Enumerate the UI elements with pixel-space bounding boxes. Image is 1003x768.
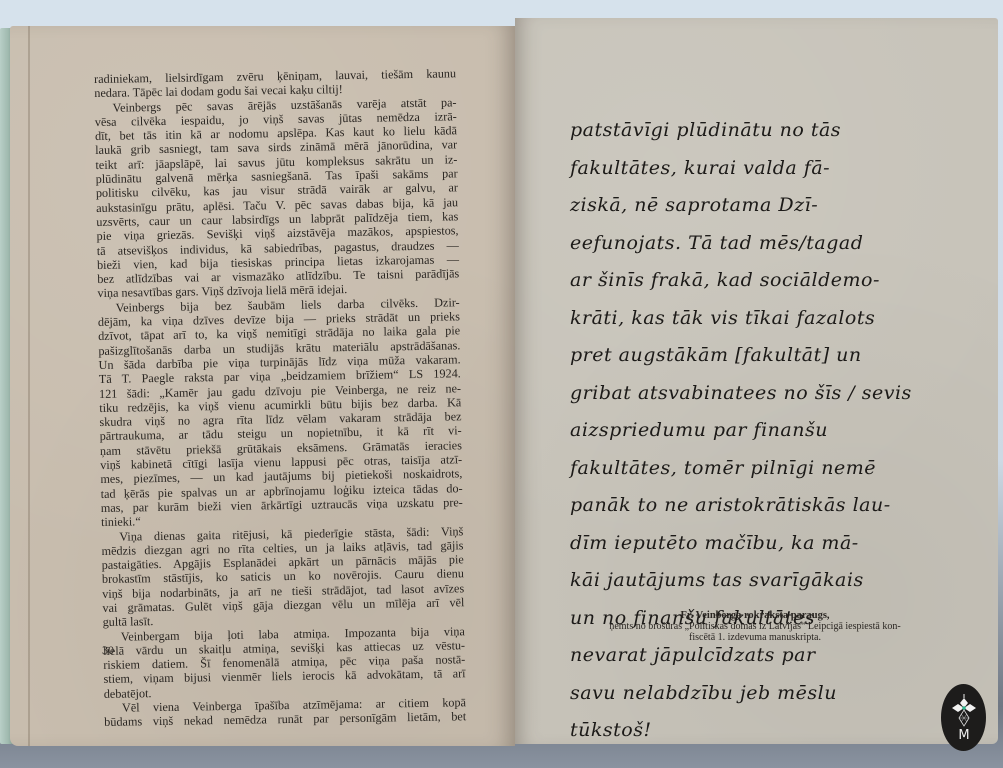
manuscript-line: aizspriedumu par finanšu — [570, 412, 960, 450]
manuscript-line: kāi jautājums tas svarīgākais — [570, 562, 960, 600]
watermark-logo: M — [941, 684, 986, 751]
svg-text:M: M — [958, 728, 969, 743]
left-page-text: radiniekam, lielsirdīgam zvēru ķēniņam, … — [94, 66, 466, 729]
figure-caption: Fr. Veinberga rokraksta paraugs, ņemts n… — [520, 610, 990, 643]
manuscript-line: fakultātes, tomēr pilnīgi nemē — [570, 450, 960, 488]
caption-prefix: ņemts no brošūras — [609, 621, 682, 632]
manuscript-line: patstāvīgi plūdinātu no tās — [570, 112, 960, 150]
caption-text-1: „Politiskas domas iz Latvijas“ Leipcigā … — [685, 621, 901, 632]
manuscript-line: fakultātes, kurai valda fā- — [570, 150, 960, 188]
caption-title: Fr. Veinberga rokraksta paraugs, — [520, 610, 990, 621]
caption-line-1: ņemts no brošūras „Politiskas domas iz L… — [520, 621, 990, 632]
manuscript-line: dīm ieputēto mačību, ka mā- — [570, 525, 960, 563]
floral-monogram-icon: M — [949, 692, 979, 744]
manuscript-line: panāk to ne aristokrātiskās lau- — [570, 487, 960, 525]
caption-line-2: fiscētā 1. izdevuma manuskripta. — [520, 632, 990, 643]
manuscript-line: eefunojats. Tā tad mēs/tagad — [570, 225, 960, 263]
manuscript-line: ziskā, nē saprotama Dzī- — [570, 187, 960, 225]
manuscript-line: pret augstākām [fakultāt] un — [570, 337, 960, 375]
manuscript-line: savu nelabdzību jeb mēslu — [570, 675, 960, 713]
handwritten-manuscript: patstāvīgi plūdinātu no tāsfakultātes, k… — [570, 112, 960, 750]
page-number: 30 — [102, 643, 114, 658]
manuscript-line: gribat atsvabinatees no šīs / sevis — [570, 375, 960, 413]
manuscript-line: tūkstoš! — [570, 712, 960, 750]
manuscript-line: krāti, kas tāk vis tīkai fazalots — [570, 300, 960, 338]
manuscript-line: ar šinīs frakā, kad sociāldemo- — [570, 262, 960, 300]
page-stack-edge — [28, 26, 30, 746]
